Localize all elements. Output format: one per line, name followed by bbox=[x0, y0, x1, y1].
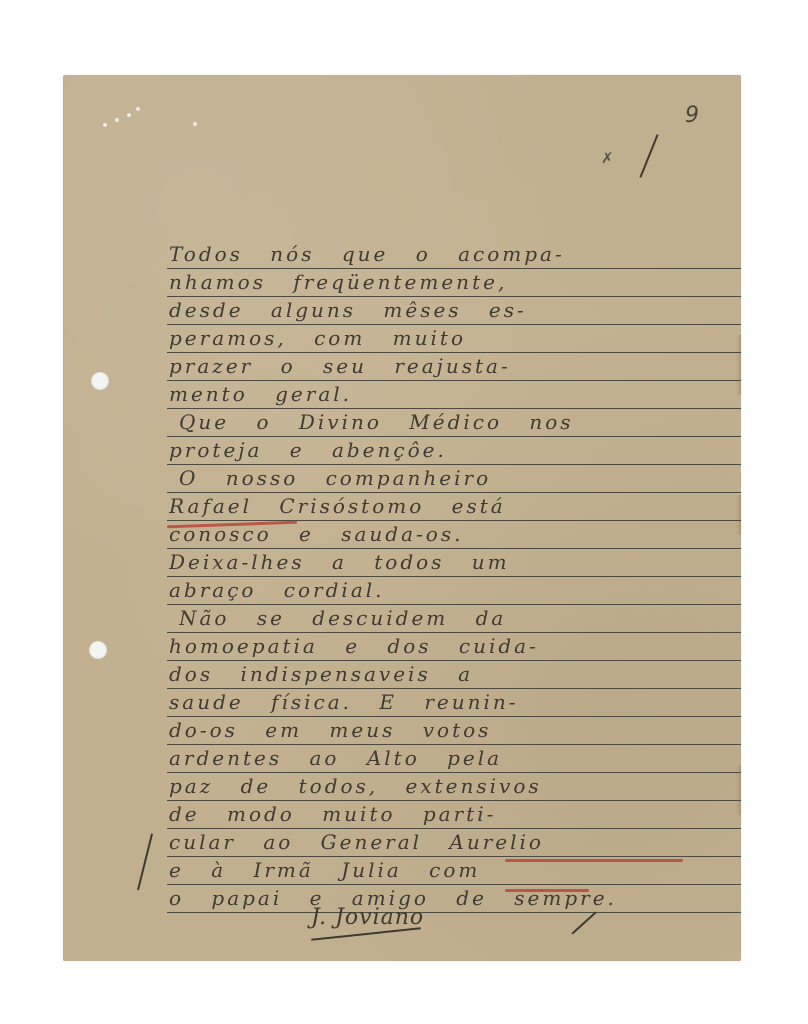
margin-check-mark bbox=[137, 833, 153, 890]
line-19: ardentes ao Alto pela bbox=[167, 745, 741, 773]
line-1: Todos nós que o acompa- bbox=[167, 241, 741, 269]
line-16: dos indispensaveis a bbox=[167, 661, 741, 689]
line-text: abraço cordial. bbox=[169, 577, 741, 603]
line-20: paz de todos, extensivos bbox=[167, 773, 741, 801]
line-22: cular ao General Aurelio bbox=[167, 829, 741, 857]
line-3: desde alguns mêses es- bbox=[167, 297, 741, 325]
line-5: prazer o seu reajusta- bbox=[167, 353, 741, 381]
line-8: proteja e abençôe. bbox=[167, 437, 741, 465]
line-21: de modo muito parti- bbox=[167, 801, 741, 829]
line-text: saude física. E reunin- bbox=[169, 689, 741, 715]
line-text: O nosso companheiro bbox=[179, 465, 741, 491]
letter-body: Todos nós que o acompa- nhamos freqüente… bbox=[167, 241, 741, 913]
punch-hole-bottom bbox=[89, 641, 107, 659]
page-number: 9 bbox=[685, 103, 699, 128]
paper-speck bbox=[193, 122, 197, 126]
line-17: saude física. E reunin- bbox=[167, 689, 741, 717]
line-text: desde alguns mêses es- bbox=[169, 297, 741, 323]
line-text: cular ao General Aurelio bbox=[169, 829, 741, 855]
line-text: Todos nós que o acompa- bbox=[169, 241, 741, 267]
line-23: e à Irmã Julia com bbox=[167, 857, 741, 885]
line-text: conosco e sauda-os. bbox=[169, 521, 741, 547]
archive-slash-mark bbox=[639, 134, 658, 177]
line-text: Rafael Crisóstomo está bbox=[169, 493, 741, 519]
line-10: Rafael Crisóstomo está bbox=[167, 493, 741, 521]
line-text: e à Irmã Julia com bbox=[169, 857, 741, 883]
line-text: peramos, com muito bbox=[169, 325, 741, 351]
line-9: O nosso companheiro bbox=[167, 465, 741, 493]
line-24: o papai e amigo de sempre. bbox=[167, 885, 741, 913]
punch-hole-top bbox=[91, 372, 109, 390]
paper-speck bbox=[103, 123, 107, 127]
signature: J. Joviano bbox=[311, 905, 424, 930]
paper-speck bbox=[127, 113, 131, 117]
line-text: proteja e abençôe. bbox=[169, 437, 741, 463]
line-text: mento geral. bbox=[169, 381, 741, 407]
line-4: peramos, com muito bbox=[167, 325, 741, 353]
line-text: o papai e amigo de sempre. bbox=[169, 885, 741, 911]
line-text: Deixa-lhes a todos um bbox=[169, 549, 741, 575]
line-12: Deixa-lhes a todos um bbox=[167, 549, 741, 577]
line-18: do-os em meus votos bbox=[167, 717, 741, 745]
line-text: Não se descuidem da bbox=[179, 605, 741, 631]
line-11: conosco e sauda-os. bbox=[167, 521, 741, 549]
line-text: homoepatia e dos cuida- bbox=[169, 633, 741, 659]
line-text: do-os em meus votos bbox=[169, 717, 741, 743]
paper-speck bbox=[136, 107, 140, 111]
line-15: homoepatia e dos cuida- bbox=[167, 633, 741, 661]
line-13: abraço cordial. bbox=[167, 577, 741, 605]
line-text: nhamos freqüentemente, bbox=[169, 269, 741, 295]
letter-page: 9 ✗ Todos nós que o acompa- nhamos freqü… bbox=[63, 75, 741, 961]
line-14: Não se descuidem da bbox=[167, 605, 741, 633]
check-tick-mark bbox=[571, 912, 596, 935]
line-2: nhamos freqüentemente, bbox=[167, 269, 741, 297]
line-7: Que o Divino Médico nos bbox=[167, 409, 741, 437]
line-6: mento geral. bbox=[167, 381, 741, 409]
line-text: ardentes ao Alto pela bbox=[169, 745, 741, 771]
line-text: Que o Divino Médico nos bbox=[179, 409, 741, 435]
line-text: de modo muito parti- bbox=[169, 801, 741, 827]
line-text: dos indispensaveis a bbox=[169, 661, 741, 687]
line-text: paz de todos, extensivos bbox=[169, 773, 741, 799]
archive-mark: ✗ bbox=[601, 149, 614, 167]
line-text: prazer o seu reajusta- bbox=[169, 353, 741, 379]
paper-speck bbox=[115, 118, 119, 122]
